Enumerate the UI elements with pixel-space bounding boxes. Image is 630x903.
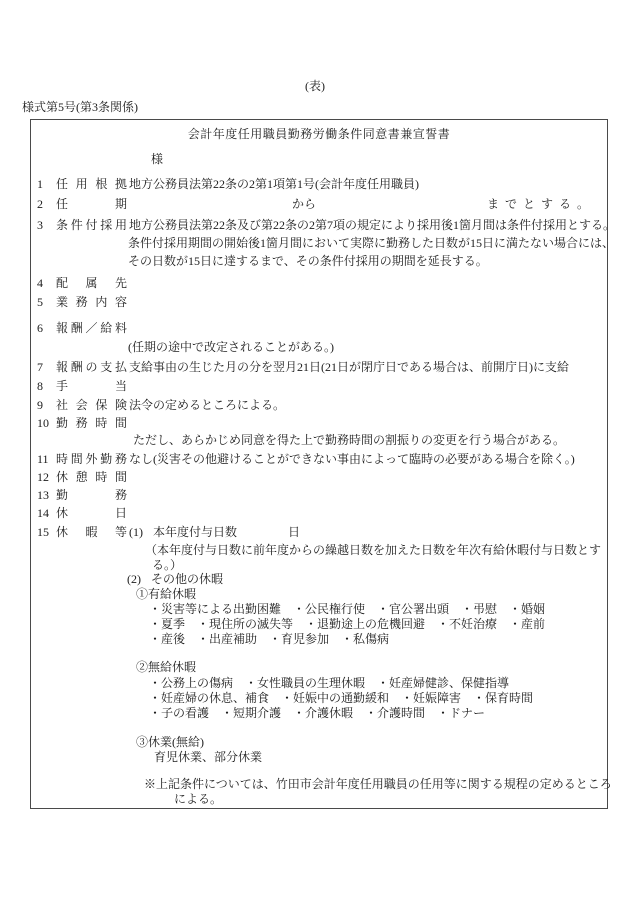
item-5-label: 業務内容 bbox=[56, 296, 127, 309]
item-3-content-line1: 地方公務員法第22条及び第22条の2第7項の規定により採用後1箇月間は条件付採用… bbox=[129, 219, 615, 232]
item-13: 13勤務 bbox=[37, 489, 603, 502]
item-8-label: 手当 bbox=[56, 380, 127, 393]
leave-of-absence-header: ③休業(無給) bbox=[136, 736, 204, 749]
item-15-sub2-number: (2) bbox=[127, 572, 141, 586]
item-8: 8手当 bbox=[37, 380, 603, 393]
item-1-label: 任用根拠 bbox=[56, 178, 127, 191]
paid-leave-line-1: ・災害等による出勤困難 ・公民権行使 ・官公署出頭 ・弔慰 ・婚姻 bbox=[149, 603, 545, 616]
form-number: 様式第5号(第3条関係) bbox=[22, 101, 138, 114]
item-15-number: 15 bbox=[37, 526, 56, 539]
addressee-suffix: 様 bbox=[151, 153, 163, 166]
item-14: 14休日 bbox=[37, 507, 603, 520]
item-7: 7報酬の支払支給事由の生じた月の分を翌月21日(21日が閉庁日である場合は、前開… bbox=[37, 361, 603, 374]
item-10-number: 10 bbox=[37, 417, 56, 430]
item-15-sub1-note-line2: る。） bbox=[152, 559, 182, 572]
leave-of-absence-line: 育児休業、部分休業 bbox=[154, 751, 262, 764]
item-15-label: 休暇等 bbox=[56, 526, 127, 539]
item-12-number: 12 bbox=[37, 471, 56, 484]
item-15-sub1-text: 本年度付与日数 bbox=[153, 525, 237, 539]
item-1: 1任用根拠地方公務員法第22条の2第1項第1号(会計年度任用職員) bbox=[37, 178, 603, 191]
item-13-label: 勤務 bbox=[56, 489, 127, 502]
unpaid-leave-header: ②無給休暇 bbox=[136, 661, 196, 674]
item-15-sub1-note-line1: （本年度付与日数に前年度からの繰越日数を加えた日数を年次有給休暇付与日数とす bbox=[145, 544, 601, 557]
item-2: 2任期 から までとする。 bbox=[37, 198, 603, 211]
item-15-sub2-text: その他の休暇 bbox=[151, 572, 223, 586]
item-9-content: 法令の定めるところによる。 bbox=[129, 399, 285, 412]
item-4-label: 配属先 bbox=[56, 277, 127, 290]
item-3-content-line3: その日数が15日に達するまで、その条件付採用の期間を延長する。 bbox=[128, 255, 488, 268]
item-3-number: 3 bbox=[37, 219, 56, 232]
footnote-line-2: による。 bbox=[174, 793, 222, 806]
item-9-label: 社会保険 bbox=[56, 399, 127, 412]
item-4-number: 4 bbox=[37, 277, 56, 290]
item-5-number: 5 bbox=[37, 296, 56, 309]
item-2-to-text: までとする。 bbox=[487, 198, 595, 211]
item-4: 4配属先 bbox=[37, 277, 603, 290]
item-10-label: 勤務時間 bbox=[56, 417, 127, 430]
item-3-label: 条件付採用 bbox=[56, 219, 127, 232]
item-15-sub1-unit: 日 bbox=[288, 526, 300, 539]
form-box: 会計年度任用職員勤務労働条件同意書兼宣誓書 様 1任用根拠地方公務員法第22条の… bbox=[30, 119, 608, 809]
paid-leave-header: ①有給休暇 bbox=[136, 588, 196, 601]
item-11-number: 11 bbox=[37, 453, 56, 466]
paid-leave-line-3: ・産後 ・出産補助 ・育児参加 ・私傷病 bbox=[149, 633, 389, 646]
item-11-label: 時間外勤務 bbox=[56, 453, 127, 466]
item-12-label: 休憩時間 bbox=[56, 471, 127, 484]
item-9: 9社会保険法令の定めるところによる。 bbox=[37, 399, 603, 412]
item-1-number: 1 bbox=[37, 178, 56, 191]
document-page: (表) 様式第5号(第3条関係) 会計年度任用職員勤務労働条件同意書兼宣誓書 様… bbox=[0, 0, 630, 903]
paid-leave-line-2: ・夏季 ・現住所の滅失等 ・退勤途上の危機回避 ・不妊治療 ・産前 bbox=[149, 618, 545, 631]
item-6-number: 6 bbox=[37, 322, 56, 335]
item-8-number: 8 bbox=[37, 380, 56, 393]
item-15: 15休暇等(1)本年度付与日数 日 bbox=[37, 526, 603, 539]
unpaid-leave-line-3: ・子の看護 ・短期介護 ・介護休暇 ・介護時間 ・ドナー bbox=[149, 707, 485, 720]
item-14-number: 14 bbox=[37, 507, 56, 520]
item-13-number: 13 bbox=[37, 489, 56, 502]
item-9-number: 9 bbox=[37, 399, 56, 412]
item-2-label: 任期 bbox=[56, 198, 127, 211]
item-11-content: なし(災害その他避けることができない事由によって臨時の必要がある場合を除く。) bbox=[129, 453, 575, 466]
item-6: 6報酬／給料 bbox=[37, 322, 603, 335]
item-14-label: 休日 bbox=[56, 507, 127, 520]
item-6-label: 報酬／給料 bbox=[56, 322, 127, 335]
item-12: 12休憩時間 bbox=[37, 471, 603, 484]
item-15-sub1-number: (1) bbox=[129, 526, 143, 539]
unpaid-leave-line-2: ・妊産婦の休息、補食 ・妊娠中の通勤緩和 ・妊娠障害 ・保育時間 bbox=[149, 692, 533, 705]
item-15-sub2: (2)その他の休暇 bbox=[127, 573, 223, 586]
footnote-line-1: ※上記条件については、竹田市会計年度任用職員の任用等に関する規程の定めるところ bbox=[144, 778, 612, 791]
item-3: 3条件付採用地方公務員法第22条及び第22条の2第7項の規定により採用後1箇月間… bbox=[37, 219, 603, 232]
item-11: 11時間外勤務なし(災害その他避けることができない事由によって臨時の必要がある場… bbox=[37, 453, 603, 466]
item-7-label: 報酬の支払 bbox=[56, 361, 127, 374]
item-7-content: 支給事由の生じた月の分を翌月21日(21日が閉庁日である場合は、前開庁日)に支給 bbox=[129, 361, 569, 374]
item-2-from-text: から bbox=[292, 198, 316, 211]
item-7-number: 7 bbox=[37, 361, 56, 374]
item-5: 5業務内容 bbox=[37, 296, 603, 309]
item-10: 10勤務時間 bbox=[37, 417, 603, 430]
item-6-note: (任期の途中で改定されることがある。) bbox=[128, 341, 334, 354]
item-3-content-line2: 条件付採用期間の開始後1箇月間において実際に勤務した日数が15日に満たない場合に… bbox=[128, 237, 614, 250]
unpaid-leave-line-1: ・公務上の傷病 ・女性職員の生理休暇 ・妊産婦健診、保健指導 bbox=[149, 677, 509, 690]
item-1-content: 地方公務員法第22条の2第1項第1号(会計年度任用職員) bbox=[129, 178, 419, 191]
item-10-note: ただし、あらかじめ同意を得た上で勤務時間の割振りの変更を行う場合がある。 bbox=[133, 434, 565, 447]
item-2-number: 2 bbox=[37, 198, 56, 211]
document-title: 会計年度任用職員勤務労働条件同意書兼宣誓書 bbox=[31, 128, 607, 141]
side-label: (表) bbox=[0, 80, 630, 93]
